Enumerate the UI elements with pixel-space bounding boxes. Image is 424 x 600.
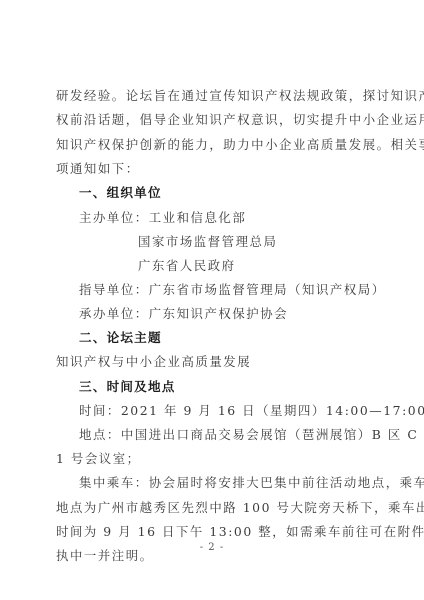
organizer-unit-line: 承办单位：广东知识产权保护协会 bbox=[79, 306, 393, 322]
time-line: 时间：2021 年 9 月 16 日（星期四）14:00—17:00; bbox=[79, 403, 393, 419]
paragraph-line: 研发经验。论坛旨在通过宣传知识产权法规政策，探讨知识产 bbox=[56, 88, 370, 104]
page-number: - 2 - bbox=[0, 542, 424, 553]
host-unit-line: 主办单位：工业和信息化部 bbox=[79, 210, 393, 226]
place-line: 地点：中国进出口商品交易会展馆（琶洲展馆）B 区 C 层 bbox=[79, 427, 393, 443]
host-unit-line: 广东省人民政府 bbox=[138, 258, 424, 274]
section-heading-organizers: 一、组织单位 bbox=[79, 185, 393, 201]
shuttle-line: 集中乘车：协会届时将安排大巴集中前往活动地点，乘车 bbox=[79, 475, 393, 491]
theme-line: 知识产权与中小企业高质量发展 bbox=[56, 354, 370, 370]
section-heading-time-place: 三、时间及地点 bbox=[79, 379, 393, 395]
paragraph-line: 知识产权保护创新的能力，助力中小企业高质量发展。相关事 bbox=[56, 137, 370, 153]
section-heading-theme: 二、论坛主题 bbox=[79, 330, 393, 346]
paragraph-line: 权前沿话题，倡导企业知识产权意识，切实提升中小企业运用 bbox=[56, 112, 370, 128]
shuttle-line: 时间为 9 月 16 日下午 13:00 整，如需乘车前往可在附件报名回 bbox=[56, 524, 370, 540]
guide-unit-line: 指导单位：广东省市场监督管理局（知识产权局） bbox=[79, 282, 393, 298]
place-line-cont: 1 号会议室； bbox=[56, 451, 370, 467]
paragraph-line: 项通知如下： bbox=[56, 161, 370, 177]
host-unit-line: 国家市场监督管理总局 bbox=[138, 234, 424, 250]
shuttle-line: 地点为广州市越秀区先烈中路 100 号大院旁天桥下，乘车出发 bbox=[56, 500, 370, 516]
document-page: 研发经验。论坛旨在通过宣传知识产权法规政策，探讨知识产 权前沿话题，倡导企业知识… bbox=[0, 0, 424, 600]
